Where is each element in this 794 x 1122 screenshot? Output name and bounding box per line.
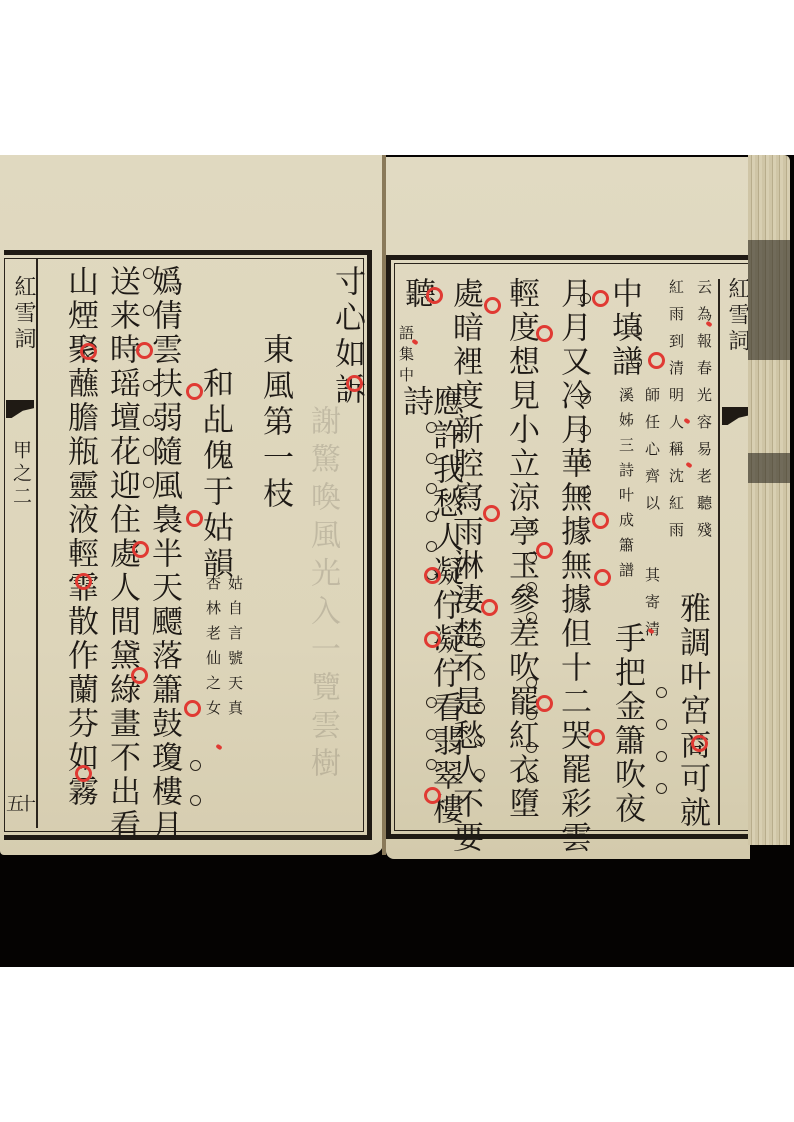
red-circle-mark — [186, 510, 203, 527]
prosody-circle — [143, 380, 154, 391]
prosody-circle — [190, 795, 201, 806]
red-circle-mark — [131, 667, 148, 684]
annotation-col-3a: 師任心齊以 — [644, 387, 660, 522]
prosody-circle — [631, 357, 642, 368]
prosody-circle — [656, 751, 667, 762]
prosody-circle — [526, 742, 537, 753]
prosody-circle — [580, 393, 591, 404]
prosody-circle — [474, 637, 485, 648]
margin-section: 甲之二 — [8, 440, 35, 509]
red-circle-mark — [75, 573, 92, 590]
red-circle-mark — [346, 375, 363, 392]
prosody-circle — [526, 552, 537, 563]
prosody-circle — [143, 415, 154, 426]
red-circle-mark — [484, 297, 501, 314]
bleed-through: 謝驚喚風光入一覽雲樹 — [300, 405, 344, 785]
verse-col-3: 手把金簫吹夜 — [611, 622, 643, 826]
prosody-circle — [580, 293, 591, 304]
prosody-circle — [143, 305, 154, 316]
red-circle-mark — [426, 287, 443, 304]
prosody-circle — [426, 697, 437, 708]
prosody-circle — [526, 521, 537, 532]
annotation-col-2: 紅雨到清明人稱沈紅雨 — [668, 279, 684, 549]
tune-title: 東風第一枝 — [258, 333, 292, 513]
right-page: 紅雪詞 云為報春光容易老聽殘 雅調叶宮商可就 紅雨到清明人稱沈紅雨 其寄清 中填… — [386, 157, 750, 859]
page-stack-edges — [748, 155, 790, 845]
prosody-circle — [474, 702, 485, 713]
prosody-circle — [631, 325, 642, 336]
prosody-circle — [474, 735, 485, 746]
annotation-col-2b: 其寄清 — [644, 567, 660, 648]
red-circle-mark — [186, 383, 203, 400]
annotation-a: 姑自言號天真 — [227, 575, 243, 725]
red-circle-mark — [424, 787, 441, 804]
prosody-circle — [143, 445, 154, 456]
red-circle-mark — [592, 512, 609, 529]
red-circle-mark — [424, 631, 441, 648]
prosody-circle — [426, 759, 437, 770]
annotation-col-7: 語集中 — [398, 325, 414, 388]
right-margin-rule — [718, 279, 720, 825]
red-circle-mark — [136, 342, 153, 359]
prosody-circle — [474, 769, 485, 780]
prosody-circle — [426, 483, 437, 494]
prosody-circle — [426, 453, 437, 464]
prosody-circle — [656, 783, 667, 794]
verse-col-5: 輕度想見小立涼亭玉參差吹罷紅衣墮 — [506, 277, 536, 821]
prosody-circle — [143, 477, 154, 488]
prosody-circle — [656, 687, 667, 698]
annotation-col-3b: 溪姊三詩叶成簫譜 — [618, 387, 634, 587]
prosody-circle — [526, 709, 537, 720]
prosody-circle — [526, 677, 537, 688]
red-circle-mark — [424, 567, 441, 584]
red-circle-mark — [648, 352, 665, 369]
prosody-circle — [426, 729, 437, 740]
prosody-circle — [656, 719, 667, 730]
red-circle-mark — [536, 325, 553, 342]
prosody-circle — [426, 422, 437, 433]
red-circle-mark — [594, 569, 611, 586]
red-circle-mark — [536, 695, 553, 712]
prosody-circle — [580, 425, 591, 436]
left-page: 紅雪詞 甲之二 五十 謝驚喚風光入一覽雲樹 寸心如訴 東風第一枝 和乩傀于姑韻 … — [0, 155, 384, 855]
red-circle-mark — [691, 735, 708, 752]
prosody-circle — [526, 772, 537, 783]
red-circle-mark — [536, 542, 553, 559]
margin-page-number: 五十 — [6, 790, 30, 816]
verse-col-4: 月月又冷月華無據無據但十二哭罷彩雲 — [558, 277, 588, 855]
prosody-circle — [474, 669, 485, 680]
prosody-circle — [526, 582, 537, 593]
subtitle: 和乩傀于姑韻 — [198, 367, 232, 583]
annotation-col-1: 云為報春光容易老聽殘 — [696, 279, 712, 549]
prosody-circle — [190, 760, 201, 771]
margin-book-title: 紅雪詞 — [8, 275, 39, 353]
red-circle-mark — [592, 290, 609, 307]
prosody-circle — [526, 612, 537, 623]
red-circle-mark — [184, 700, 201, 717]
prosody-circle — [580, 457, 591, 468]
red-circle-mark — [588, 729, 605, 746]
red-circle-mark — [80, 343, 97, 360]
red-circle-mark — [132, 541, 149, 558]
red-circle-mark — [481, 599, 498, 616]
red-circle-mark — [483, 505, 500, 522]
prosody-circle — [580, 487, 591, 498]
prosody-circle — [426, 511, 437, 522]
red-circle-mark — [75, 765, 92, 782]
annotation-b: 杏林老仙之女 — [205, 575, 221, 725]
verse-col-1: 雅調叶宮商可就 — [676, 592, 708, 830]
prosody-circle — [143, 268, 154, 279]
prosody-circle — [426, 541, 437, 552]
